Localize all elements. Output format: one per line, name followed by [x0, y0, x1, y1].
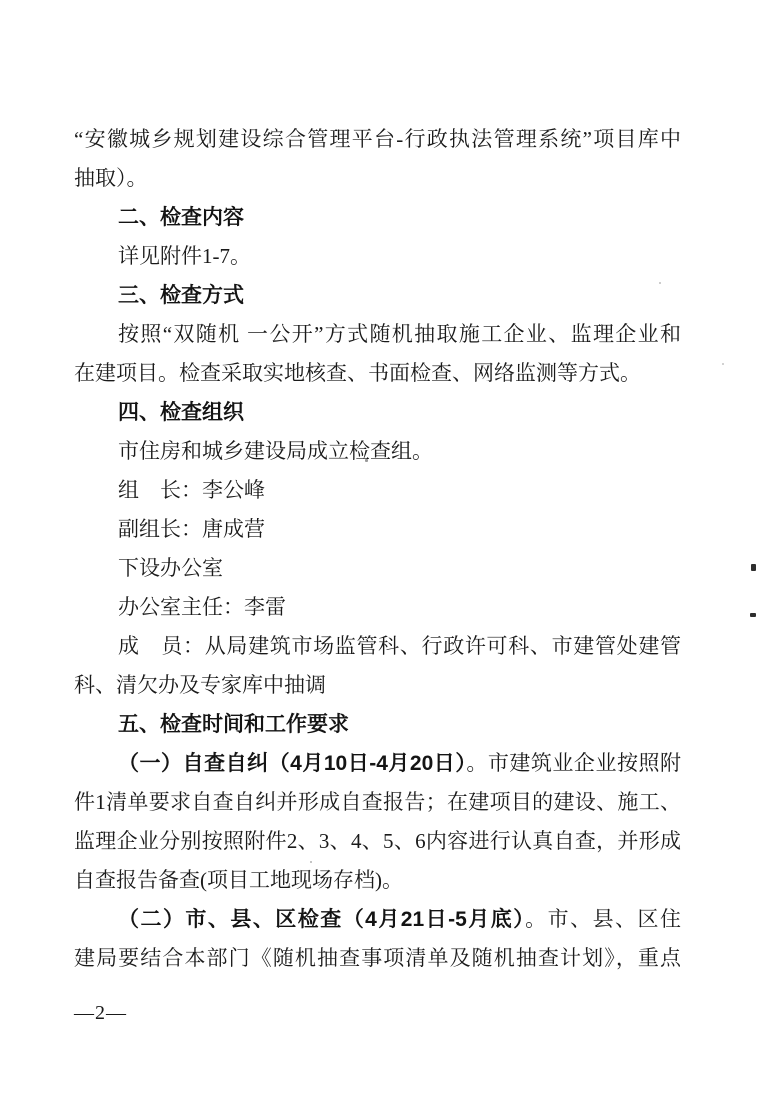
body-line: 自查报告备查(项目工地现场存档)。	[74, 861, 681, 900]
subheading-self-inspection: （一）自查自纠（4月10日-4月20日）	[118, 752, 466, 775]
heading-inspection-method: 三、检查方式	[74, 276, 681, 315]
scanned-document-page: { "doc": { "colors": { "text": "#1a1a1a"…	[0, 0, 783, 1118]
heading-schedule-requirements: 五、检查时间和工作要求	[74, 705, 681, 744]
body-line: 监理企业分别按照附件2、3、4、5、6内容进行认真自查，并形成	[74, 822, 681, 861]
body-text: 。市建筑业企业按照附	[466, 751, 681, 775]
scan-speck	[310, 861, 312, 863]
body-line-deputy-leader: 副组长：唐成营	[74, 510, 681, 549]
scan-speck	[750, 613, 756, 617]
body-line: 科、清欠办及专家库中抽调	[74, 666, 681, 705]
body-line: 详见附件1-7。	[74, 237, 681, 276]
body-text: 。市、县、区住	[525, 907, 681, 931]
body-line: 件1清单要求自查自纠并形成自查报告；在建项目的建设、施工、	[74, 783, 681, 822]
scan-speck	[365, 459, 368, 462]
body-line-office-director: 办公室主任：李雷	[74, 588, 681, 627]
body-line-self-inspection: （一）自查自纠（4月10日-4月20日）。市建筑业企业按照附	[74, 744, 681, 783]
body-line: 下设办公室	[74, 549, 681, 588]
subheading-city-county-inspection: （二）市、县、区检查（4月21日-5月底）	[118, 908, 525, 931]
scan-speck	[722, 363, 724, 365]
body-line: 按照“双随机 一公开”方式随机抽取施工企业、监理企业和	[74, 315, 681, 354]
page-number: —2—	[74, 1000, 127, 1026]
scan-speck	[751, 564, 756, 571]
body-line: 建局要结合本部门《随机抽查事项清单及随机抽查计划》，重点	[74, 939, 681, 978]
body-line-group-leader: 组 长：李公峰	[74, 471, 681, 510]
body-line-city-county-inspection: （二）市、县、区检查（4月21日-5月底）。市、县、区住	[74, 900, 681, 939]
body-line: “安徽城乡规划建设综合管理平台-行政执法管理系统”项目库中	[74, 120, 681, 159]
body-line: 抽取）。	[74, 159, 681, 198]
body-line: 市住房和城乡建设局成立检查组。	[74, 432, 681, 471]
heading-inspection-organization: 四、检查组织	[74, 393, 681, 432]
scan-speck	[659, 282, 661, 284]
body-line-members: 成 员：从局建筑市场监管科、行政许可科、市建管处建管	[74, 627, 681, 666]
heading-inspection-content: 二、检查内容	[74, 198, 681, 237]
document-body: “安徽城乡规划建设综合管理平台-行政执法管理系统”项目库中 抽取）。 二、检查内…	[74, 120, 681, 978]
body-line: 在建项目。检查采取实地核查、书面检查、网络监测等方式。	[74, 354, 681, 393]
